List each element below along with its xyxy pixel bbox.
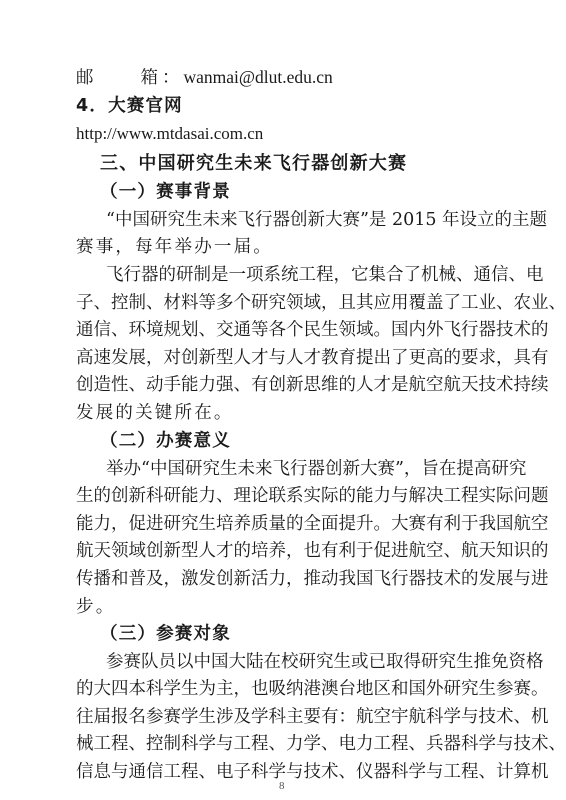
sub2-heading: （二）办赛意义 [100,430,231,452]
paragraph-line: 步。 [76,596,115,618]
paragraph-line: 飞行器的研制是一项系统工程，它集合了机械、通信、电 [106,264,492,286]
website-url: http://www.mtdasai.com.cn [76,123,263,145]
paragraph-line: 赛事，每年举办一届。 [76,236,273,258]
paragraph-line: “中国研究生未来飞行器创新大赛”是 2015 年设立的主题 [106,209,492,231]
paragraph-line: 创造性、动手能力强、有创新思维的人才是航空航天技术持续 [76,374,492,396]
section-title: 三、中国研究生未来飞行器创新大赛 [100,153,407,175]
paragraph-line: 往届报名参赛学生涉及学科主要有：航空宇航科学与技术、机 [76,706,492,728]
paragraph-line: 械工程、控制科学与工程、力学、电力工程、兵器科学与技术、 [76,733,492,755]
paragraph-line: 传播和普及，激发创新活力，推动我国飞行器技术的发展与进 [76,568,492,590]
paragraph-line: 子、控制、材料等多个研究领域，且其应用覆盖了工业、农业、 [76,292,492,314]
page-number: 8 [279,780,285,792]
contact-email-line: 邮 箱：wanmai@dlut.edu.cn [76,66,333,89]
website-heading: 4．大赛官网 [76,95,183,117]
paragraph-line: 发展的关键所在。 [76,402,234,424]
sub3-heading: （三）参赛对象 [100,623,231,645]
sub1-heading: （一）赛事背景 [100,181,231,203]
paragraph-line: 通信、环境规划、交通等各个民生领域。国内外飞行器技术的 [76,319,492,341]
paragraph-line: 举办“中国研究生未来飞行器创新大赛”，旨在提高研究 [106,458,492,480]
paragraph-line: 高速发展，对创新型人才与人才教育提出了更高的要求，具有 [76,347,492,369]
paragraph-line: 的大四本科学生为主，也吸纳港澳台地区和国外研究生参赛。 [76,678,492,700]
document-page: 邮 箱：wanmai@dlut.edu.cn 4．大赛官网 http://www… [0,0,566,800]
paragraph-line: 生的创新科研能力、理论联系实际的能力与解决工程实际问题 [76,485,492,507]
paragraph-line: 参赛队员以中国大陆在校研究生或已取得研究生推免资格 [106,651,492,673]
email-label: 邮 箱： [76,68,184,88]
paragraph-line: 航天领域创新型人才的培养，也有利于促进航空、航天知识的 [76,540,492,562]
paragraph-line: 能力，促进研究生培养质量的全面提升。大赛有利于我国航空 [76,513,492,535]
email-value: wanmai@dlut.edu.cn [184,67,333,87]
